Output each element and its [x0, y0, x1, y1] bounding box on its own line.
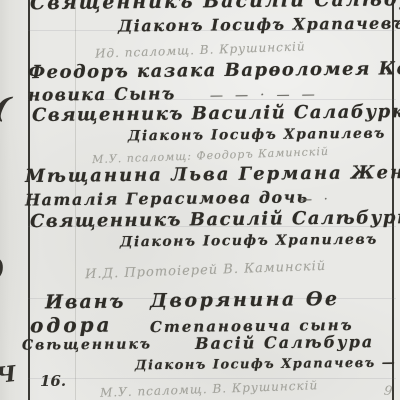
pencil-annotation: И.Д. Протоіерей В. Каминскій — [85, 259, 327, 282]
row-number: 16. — [40, 372, 66, 390]
pencil-annotation: Ид. псаломщ. В. Крушинскій — [95, 39, 306, 60]
row-rule — [28, 378, 396, 379]
clergy-line-priest-name: Васій Салѣбура — [195, 332, 374, 353]
entry-line: новика Сынъ — [28, 84, 176, 106]
clergy-line-deacon: Діаконъ Іосифъ Храпачевъ — — [135, 356, 396, 374]
margin-stroke-fragment: Ч — [0, 361, 17, 389]
entry-line: Наталія Герасимова дочь — [25, 188, 309, 210]
entry-line: Иванъ — [45, 291, 126, 314]
clergy-line-priest: Священникъ Василій Салабуркъ — [32, 101, 400, 126]
filler-dashes: — · — [300, 192, 332, 206]
margin-stroke-fragment: ( — [0, 89, 13, 126]
margin-stroke-fragment: ) — [0, 252, 8, 284]
entry-line: Феодоръ казака Варѳоломея Кор- — [28, 58, 400, 83]
scanned-register-page: Священникъ Василій Салѣбуркъ Діаконъ Іос… — [0, 0, 400, 400]
pencil-annotation: М.У. псаломщ. В. Крушинскій — [100, 378, 319, 400]
entry-line: одора — [30, 313, 113, 338]
clergy-line-deacon: Діаконъ Іосифъ Храпилевъ — [128, 126, 386, 145]
clergy-line-priest: Свѣщенникъ — [22, 336, 152, 353]
filler-dashes: — — · — — — [210, 87, 319, 103]
clergy-line-deacon: Діаконъ Іосифъ Храпачевъ — [118, 13, 400, 35]
clergy-line-deacon: Діаконъ Іосифъ Храпилевъ — [120, 232, 378, 251]
clergy-line-priest: Священникъ Василій Салѣбуркъ — [30, 207, 400, 232]
entry-line: Дворянина Ѳе — [150, 288, 340, 312]
entry-line: Мѣщанина Льва Германа Жена — [25, 162, 400, 187]
clergy-line-priest: Священникъ Василій Салѣбуркъ — [30, 0, 400, 14]
